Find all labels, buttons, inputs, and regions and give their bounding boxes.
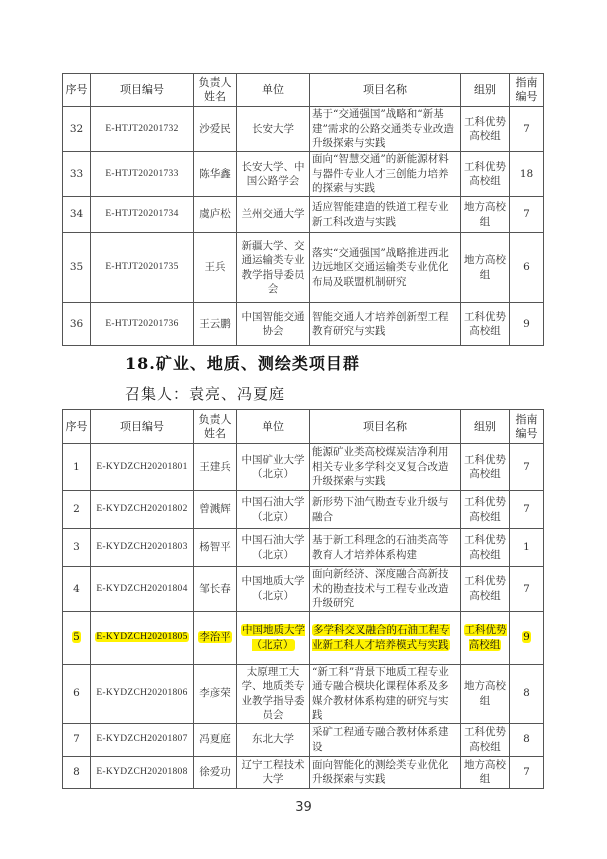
cell-code: E-KYDZCH20201801 — [91, 444, 194, 491]
section-conveners: 召集人：袁亮、冯夏庭 — [125, 383, 285, 404]
col-header-unit: 单位 — [237, 74, 310, 107]
cell-no: 2 — [63, 491, 91, 529]
cell-code: E-HTJT20201736 — [91, 303, 194, 346]
cell-title: 基于新工科理念的石油类高等教育人才培养体系构建 — [310, 529, 461, 567]
cell-code: E-HTJT20201732 — [91, 107, 194, 152]
cell-leader: 李治平 — [194, 611, 237, 664]
cell-group: 工科优势高校组 — [461, 107, 510, 152]
cell-leader: 陈华鑫 — [194, 152, 237, 197]
cell-no: 36 — [63, 303, 91, 346]
cell-group: 工科优势高校组 — [461, 529, 510, 567]
cell-leader: 虞庐松 — [194, 197, 237, 233]
cell-code: E-KYDZCH20201805 — [91, 611, 194, 664]
table-row-highlighted: 5 E-KYDZCH20201805 李治平 中国地质大学（北京） 多学科交叉融… — [63, 611, 544, 664]
project-table-transport: 序号 项目编号 负责人姓名 单位 项目名称 组别 指南编号 32 E-HTJT2… — [62, 73, 544, 346]
table-row: 2 E-KYDZCH20201802 曾溅辉 中国石油大学（北京） 新形势下油气… — [63, 491, 544, 529]
cell-unit: 中国石油大学（北京） — [237, 491, 310, 529]
col-header-code: 项目编号 — [91, 74, 194, 107]
cell-code: E-KYDZCH20201808 — [91, 756, 194, 788]
cell-title: 多学科交叉融合的石油工程专业新工科人才培养模式与实践 — [310, 611, 461, 664]
table-row: 7 E-KYDZCH20201807 冯夏庭 东北大学 采矿工程通专融合教材体系… — [63, 723, 544, 756]
col-header-group: 组别 — [461, 74, 510, 107]
cell-unit: 中国矿业大学（北京） — [237, 444, 310, 491]
col-header-guide: 指南编号 — [510, 410, 544, 444]
cell-guide: 8 — [510, 723, 544, 756]
cell-group: 工科优势高校组 — [461, 152, 510, 197]
cell-code: E-KYDZCH20201804 — [91, 567, 194, 612]
cell-unit: 中国地质大学（北京） — [237, 611, 310, 664]
table-row: 34 E-HTJT20201734 虞庐松 兰州交通大学 适应智能建造的铁道工程… — [63, 197, 544, 233]
cell-leader: 王建兵 — [194, 444, 237, 491]
cell-guide: 7 — [510, 756, 544, 788]
highlight-mark: 5 — [72, 631, 81, 643]
table-row: 33 E-HTJT20201733 陈华鑫 长安大学、中国公路学会 面向“智慧交… — [63, 152, 544, 197]
cell-code: E-KYDZCH20201803 — [91, 529, 194, 567]
highlight-mark: E-KYDZCH20201805 — [95, 632, 188, 642]
cell-group: 地方高校组 — [461, 233, 510, 303]
cell-guide: 7 — [510, 491, 544, 529]
cell-guide: 7 — [510, 107, 544, 152]
cell-no: 5 — [63, 611, 91, 664]
cell-group: 工科优势高校组 — [461, 491, 510, 529]
col-header-group: 组别 — [461, 410, 510, 444]
cell-title: 新形势下油气勘查专业升级与融合 — [310, 491, 461, 529]
cell-group: 地方高校组 — [461, 664, 510, 723]
cell-guide: 8 — [510, 664, 544, 723]
cell-unit: 兰州交通大学 — [237, 197, 310, 233]
cell-leader: 杨智平 — [194, 529, 237, 567]
cell-no: 4 — [63, 567, 91, 612]
cell-title: 智能交通人才培养创新型工程教育研究与实践 — [310, 303, 461, 346]
cell-unit: 中国智能交通协会 — [237, 303, 310, 346]
cell-code: E-KYDZCH20201802 — [91, 491, 194, 529]
cell-title: 面向智能化的测绘类专业优化升级探索与实践 — [310, 756, 461, 788]
cell-unit: 中国地质大学（北京） — [237, 567, 310, 612]
cell-code: E-KYDZCH20201806 — [91, 664, 194, 723]
cell-unit: 长安大学、中国公路学会 — [237, 152, 310, 197]
cell-leader: 王兵 — [194, 233, 237, 303]
cell-no: 34 — [63, 197, 91, 233]
cell-guide: 9 — [510, 611, 544, 664]
highlight-mark: 工科优势高校组 — [464, 624, 507, 651]
cell-title: 落实“交通强国”战略推进西北边远地区交通运输类专业优化布局及联盟机制研究 — [310, 233, 461, 303]
table-row: 6 E-KYDZCH20201806 李彦荣 太原理工大学、地质类专业教学指导委… — [63, 664, 544, 723]
highlight-mark: 李治平 — [198, 631, 232, 643]
table-row: 35 E-HTJT20201735 王兵 新疆大学、交通运输类专业教学指导委员会… — [63, 233, 544, 303]
cell-no: 3 — [63, 529, 91, 567]
cell-unit: 太原理工大学、地质类专业教学指导委员会 — [237, 664, 310, 723]
cell-no: 32 — [63, 107, 91, 152]
table-row: 8 E-KYDZCH20201808 徐爱功 辽宁工程技术大学 面向智能化的测绘… — [63, 756, 544, 788]
cell-no: 6 — [63, 664, 91, 723]
cell-group: 工科优势高校组 — [461, 444, 510, 491]
cell-guide: 7 — [510, 444, 544, 491]
table-header-row: 序号 项目编号 负责人姓名 单位 项目名称 组别 指南编号 — [63, 410, 544, 444]
cell-title: 适应智能建造的铁道工程专业新工科改造与实践 — [310, 197, 461, 233]
cell-leader: 曾溅辉 — [194, 491, 237, 529]
cell-title: 面向新经济、深度融合高新技术的勘查技术与工程专业改造升级研究 — [310, 567, 461, 612]
cell-guide: 18 — [510, 152, 544, 197]
cell-guide: 7 — [510, 567, 544, 612]
table-row: 36 E-HTJT20201736 王云鹏 中国智能交通协会 智能交通人才培养创… — [63, 303, 544, 346]
cell-guide: 7 — [510, 197, 544, 233]
cell-no: 1 — [63, 444, 91, 491]
cell-code: E-HTJT20201734 — [91, 197, 194, 233]
col-header-guide: 指南编号 — [510, 74, 544, 107]
cell-group: 地方高校组 — [461, 197, 510, 233]
cell-group: 工科优势高校组 — [461, 567, 510, 612]
cell-title: “新工科”背景下地质工程专业通专融合模块化课程体系及多媒介教材体系构建的研究与实… — [310, 664, 461, 723]
col-header-no: 序号 — [63, 74, 91, 107]
section-heading: 18.矿业、地质、测绘类项目群 — [125, 351, 360, 374]
cell-guide: 6 — [510, 233, 544, 303]
table-row: 32 E-HTJT20201732 沙爱民 长安大学 基于“交通强国”战略和“新… — [63, 107, 544, 152]
cell-guide: 9 — [510, 303, 544, 346]
cell-group: 工科优势高校组 — [461, 303, 510, 346]
cell-unit: 辽宁工程技术大学 — [237, 756, 310, 788]
col-header-leader: 负责人姓名 — [194, 410, 237, 444]
cell-title: 基于“交通强国”战略和“新基建”需求的公路交通类专业改造升级探索与实践 — [310, 107, 461, 152]
cell-no: 33 — [63, 152, 91, 197]
col-header-no: 序号 — [63, 410, 91, 444]
cell-leader: 沙爱民 — [194, 107, 237, 152]
cell-title: 面向“智慧交通”的新能源材料与器件专业人才三创能力培养的探索与实践 — [310, 152, 461, 197]
col-header-code: 项目编号 — [91, 410, 194, 444]
highlight-mark: 中国地质大学（北京） — [241, 624, 305, 651]
table-row: 1 E-KYDZCH20201801 王建兵 中国矿业大学（北京） 能源矿业类高… — [63, 444, 544, 491]
cell-code: E-HTJT20201735 — [91, 233, 194, 303]
cell-guide: 1 — [510, 529, 544, 567]
cell-code: E-HTJT20201733 — [91, 152, 194, 197]
cell-unit: 长安大学 — [237, 107, 310, 152]
cell-leader: 王云鹏 — [194, 303, 237, 346]
col-header-title: 项目名称 — [310, 74, 461, 107]
cell-code: E-KYDZCH20201807 — [91, 723, 194, 756]
cell-group: 工科优势高校组 — [461, 611, 510, 664]
project-table-mining: 序号 项目编号 负责人姓名 单位 项目名称 组别 指南编号 1 E-KYDZCH… — [62, 409, 544, 789]
cell-unit: 新疆大学、交通运输类专业教学指导委员会 — [237, 233, 310, 303]
highlight-mark: 多学科交叉融合的石油工程专业新工科人才培养模式与实践 — [312, 624, 450, 651]
cell-no: 8 — [63, 756, 91, 788]
cell-no: 7 — [63, 723, 91, 756]
cell-title: 采矿工程通专融合教材体系建设 — [310, 723, 461, 756]
table-header-row: 序号 项目编号 负责人姓名 单位 项目名称 组别 指南编号 — [63, 74, 544, 107]
highlight-mark: 9 — [522, 631, 531, 643]
col-header-unit: 单位 — [237, 410, 310, 444]
cell-group: 地方高校组 — [461, 756, 510, 788]
cell-leader: 徐爱功 — [194, 756, 237, 788]
cell-group: 工科优势高校组 — [461, 723, 510, 756]
cell-leader: 邹长春 — [194, 567, 237, 612]
cell-unit: 中国石油大学（北京） — [237, 529, 310, 567]
cell-leader: 李彦荣 — [194, 664, 237, 723]
col-header-leader: 负责人姓名 — [194, 74, 237, 107]
cell-leader: 冯夏庭 — [194, 723, 237, 756]
cell-no: 35 — [63, 233, 91, 303]
cell-unit: 东北大学 — [237, 723, 310, 756]
page-number: 39 — [0, 800, 607, 815]
cell-title: 能源矿业类高校煤炭洁净利用相关专业多学科交叉复合改造升级探索与实践 — [310, 444, 461, 491]
table-row: 4 E-KYDZCH20201804 邹长春 中国地质大学（北京） 面向新经济、… — [63, 567, 544, 612]
table-row: 3 E-KYDZCH20201803 杨智平 中国石油大学（北京） 基于新工科理… — [63, 529, 544, 567]
col-header-title: 项目名称 — [310, 410, 461, 444]
